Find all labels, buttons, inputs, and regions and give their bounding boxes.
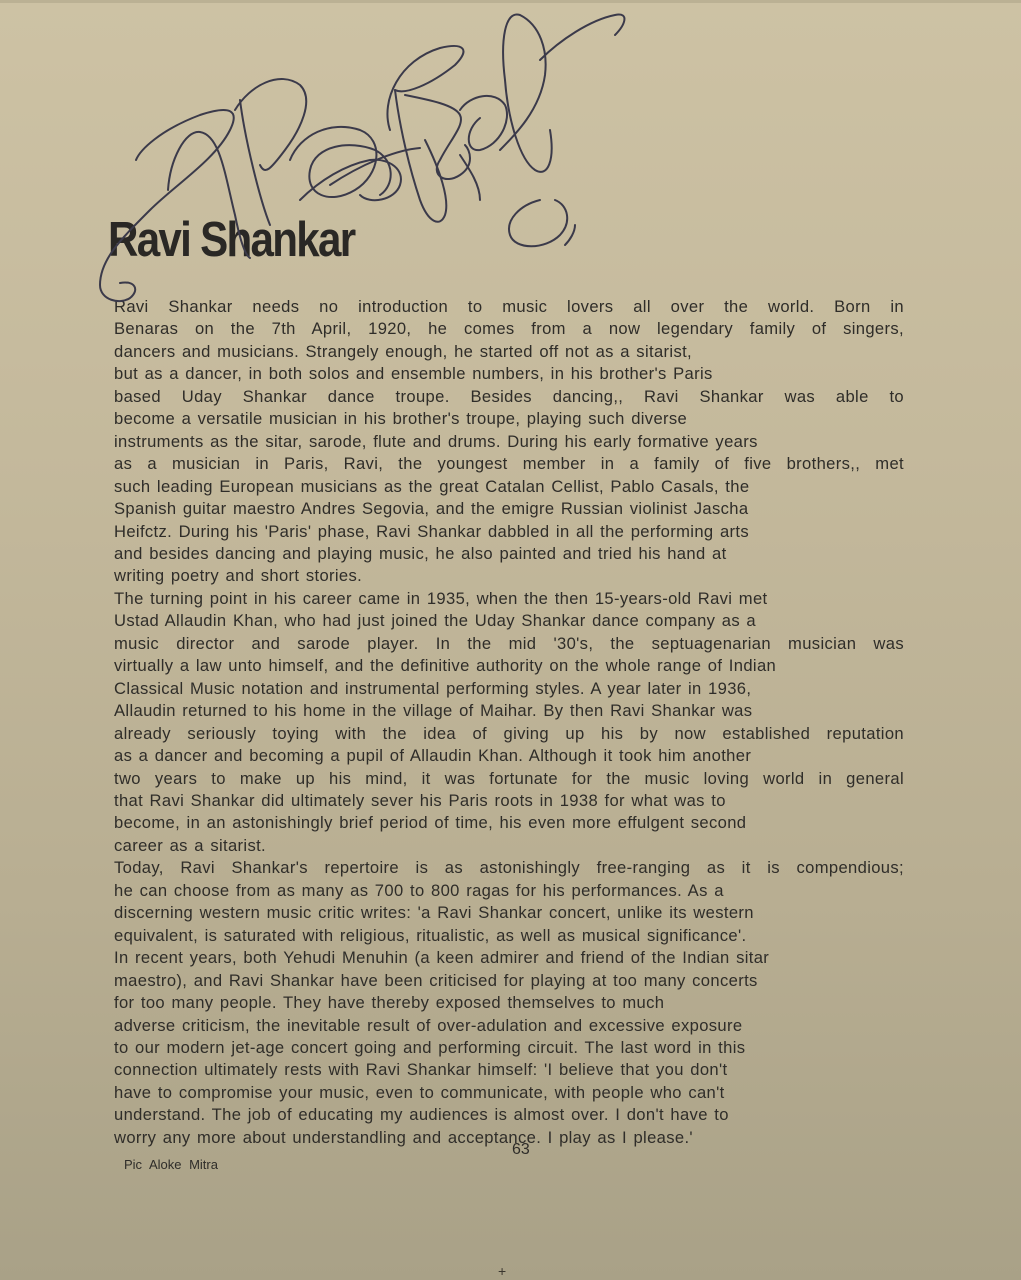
autograph-signature-icon [0, 0, 1021, 320]
registration-mark-icon: + [498, 1264, 506, 1278]
text-line: Classical Music notation and instrumenta… [114, 678, 904, 700]
text-line: Heifctz. During his 'Paris' phase, Ravi … [114, 521, 904, 543]
text-line: connection ultimately rests with Ravi Sh… [114, 1059, 904, 1081]
article-title: Ravi Shankar [108, 216, 354, 265]
text-line: have to compromise your music, even to c… [114, 1082, 904, 1104]
text-line: understand. The job of educating my audi… [114, 1104, 904, 1126]
text-line: virtually a law unto himself, and the de… [114, 655, 904, 677]
text-line: dancers and musicians. Strangely enough,… [114, 341, 904, 363]
text-line: to our modern jet-age concert going and … [114, 1037, 904, 1059]
text-line: two years to make up his mind, it was fo… [114, 768, 904, 790]
text-line: Ustad Allaudin Khan, who had just joined… [114, 610, 904, 632]
text-line: already seriously toying with the idea o… [114, 723, 904, 745]
text-line: discerning western music critic writes: … [114, 902, 904, 924]
text-line: as a dancer and becoming a pupil of Alla… [114, 745, 904, 767]
text-line: Benaras on the 7th April, 1920, he comes… [114, 318, 904, 340]
text-line: music director and sarode player. In the… [114, 633, 904, 655]
text-line: Ravi Shankar needs no introduction to mu… [114, 296, 904, 318]
text-line: such leading European musicians as the g… [114, 476, 904, 498]
photo-credit: Pic Aloke Mitra [124, 1157, 218, 1172]
text-line: equivalent, is saturated with religious,… [114, 925, 904, 947]
page-number: 63 [512, 1141, 530, 1159]
text-line: become a versatile musician in his broth… [114, 408, 904, 430]
text-line: maestro), and Ravi Shankar have been cri… [114, 970, 904, 992]
text-line: worry any more about understandling and … [114, 1127, 904, 1149]
text-line: The turning point in his career came in … [114, 588, 904, 610]
text-line: adverse criticism, the inevitable result… [114, 1015, 904, 1037]
text-line: he can choose from as many as 700 to 800… [114, 880, 904, 902]
article-body: Ravi Shankar needs no introduction to mu… [114, 296, 904, 1149]
text-line: as a musician in Paris, Ravi, the younge… [114, 453, 904, 475]
text-line: career as a sitarist. [114, 835, 904, 857]
text-line: In recent years, both Yehudi Menuhin (a … [114, 947, 904, 969]
text-line: become, in an astonishingly brief period… [114, 812, 904, 834]
text-line: Allaudin returned to his home in the vil… [114, 700, 904, 722]
text-line: instruments as the sitar, sarode, flute … [114, 431, 904, 453]
text-line: Spanish guitar maestro Andres Segovia, a… [114, 498, 904, 520]
text-line: and besides dancing and playing music, h… [114, 543, 904, 565]
text-line: Today, Ravi Shankar's repertoire is as a… [114, 857, 904, 879]
text-line: writing poetry and short stories. [114, 565, 904, 587]
text-line: for too many people. They have thereby e… [114, 992, 904, 1014]
text-line: but as a dancer, in both solos and ensem… [114, 363, 904, 385]
page-top-edge [0, 0, 1021, 3]
text-line: that Ravi Shankar did ultimately sever h… [114, 790, 904, 812]
magazine-page: Ravi Shankar Ravi Shankar needs no intro… [0, 0, 1021, 1280]
text-line: based Uday Shankar dance troupe. Besides… [114, 386, 904, 408]
